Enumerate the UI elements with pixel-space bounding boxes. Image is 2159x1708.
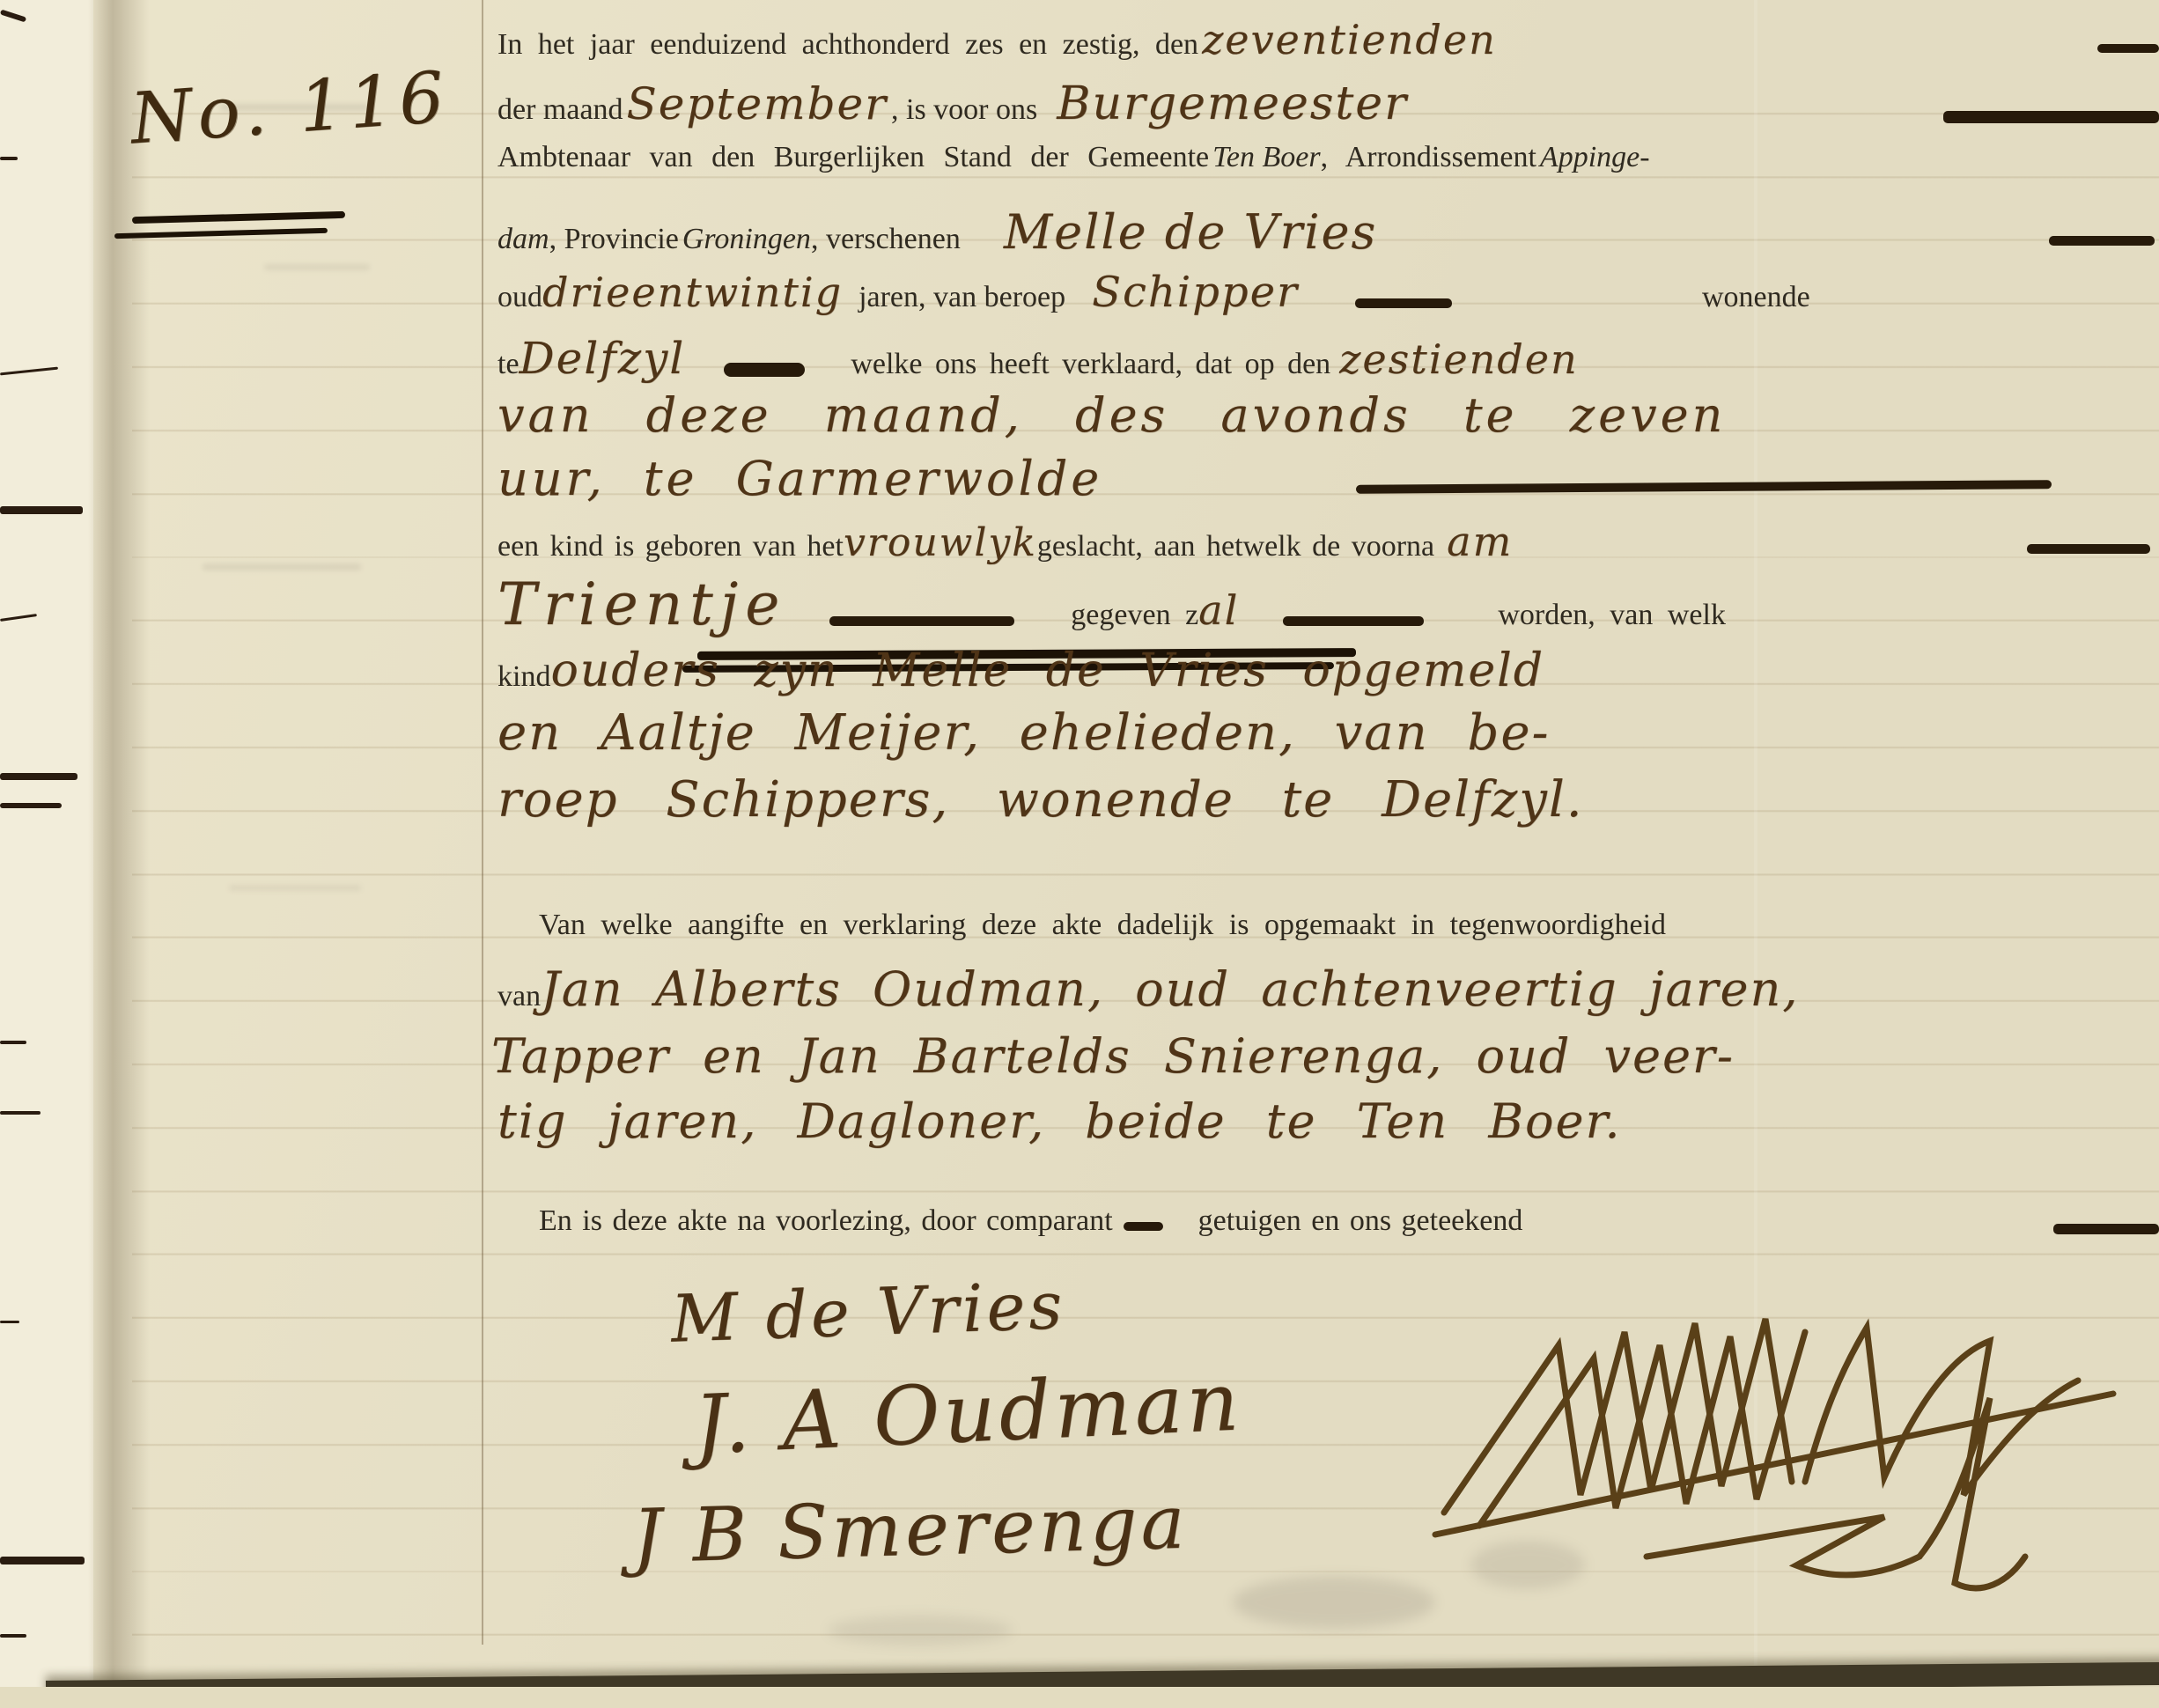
act-line: van deze maand, des avonds te zeven (497, 387, 2159, 443)
act-line: Tapper en Jan Bartelds Snierenga, oud ve… (491, 1028, 2153, 1084)
printed-text: welke ons heeft verklaard, dat op den (851, 348, 1330, 380)
handwritten-entry: Burgemeester (1057, 77, 1408, 130)
bleed-through-mark (203, 563, 361, 571)
act-line: Van welke aangifte en verklaring deze ak… (539, 909, 2159, 942)
printed-text: geslacht, aan hetwelk de voorna (1037, 530, 1434, 563)
printed-text-italic: Appinge- (1540, 141, 1650, 173)
birth-record-scan: No. 116 In het jaar eenduizend achthonde… (0, 0, 2159, 1708)
act-line: Trientje gegeven zal worden, van welk (497, 571, 2159, 638)
act-line: dam, Provincie Groningen, verschenen Mel… (497, 204, 2159, 260)
bleed-through-mark (264, 264, 370, 270)
handwritten-entry: Melle de Vries (1004, 204, 1377, 260)
facing-page-ink-mark (0, 157, 18, 160)
filled-blank-dash (724, 363, 805, 377)
printed-text: Ambtenaar van den Burgerlijken Stand der… (497, 141, 1209, 173)
handwritten-entry: vrouwlyk (844, 520, 1037, 565)
act-line: ouddrieentwintig jaren, van beroep Schip… (497, 268, 2159, 317)
printed-text: In het jaar eenduizend achthonderd zes e… (497, 28, 1198, 61)
act-line: Ambtenaar van den Burgerlijken Stand der… (497, 141, 2159, 174)
handwritten-line: roep Schippers, wonende te Delfzyl. (497, 771, 1584, 828)
handwritten-line: tig jaren, Dagloner, beide te Ten Boer. (497, 1093, 1622, 1149)
printed-text: een kind is geboren van het (497, 530, 844, 563)
filled-blank-dash (1124, 1222, 1163, 1231)
printed-text: worden, van welk (1498, 599, 1726, 631)
handwritten-line: van deze maand, des avonds te zeven (497, 387, 1726, 443)
previous-page-edge (0, 0, 93, 1708)
facing-page-ink-mark (0, 1557, 85, 1564)
printed-text: getuigen en ons geteekend (1198, 1204, 1523, 1237)
act-line: tig jaren, Dagloner, beide te Ten Boer. (497, 1093, 2159, 1149)
act-line: een kind is geboren van hetvrouwlykgesla… (497, 518, 2159, 565)
handwritten-entry: zestienden (1339, 335, 1578, 383)
filled-blank-dash (2053, 1224, 2159, 1234)
filled-blank-dash (1355, 298, 1452, 308)
printed-text: wonende (1702, 281, 1810, 313)
facing-page-ink-mark (0, 1321, 19, 1323)
margin-rule-line (482, 0, 483, 1645)
filled-blank-dash (2097, 44, 2159, 53)
act-line: der maand September , is voor ons Burgem… (497, 77, 2159, 130)
printed-text: , Arrondissement (1321, 141, 1536, 173)
facing-page-ink-mark (0, 1041, 26, 1044)
printed-text: , Provincie (549, 223, 679, 255)
act-line: roep Schippers, wonende te Delfzyl. (497, 771, 2159, 828)
printed-text: oud (497, 281, 542, 313)
printed-text: te (497, 348, 519, 380)
filled-blank-dash (1283, 616, 1424, 626)
printed-text: der maand (497, 93, 623, 126)
act-line: In het jaar eenduizend achthonderd zes e… (497, 16, 2159, 63)
printed-text: Van welke aangifte en verklaring deze ak… (539, 909, 1666, 941)
facing-page-ink-mark (0, 1634, 26, 1638)
act-line: kindouders zyn Melle de Vries opgemeld (497, 644, 2159, 697)
facing-page-ink-mark (0, 1111, 41, 1115)
facing-page-ink-mark (0, 506, 83, 514)
filled-blank-dash (829, 616, 1014, 626)
act-line: uur, te Garmerwolde (497, 451, 2159, 506)
ink-smudge (828, 1616, 1013, 1645)
bleed-through-mark (229, 885, 361, 891)
scan-surface-below-page (0, 1687, 2159, 1708)
handwritten-entry: am (1447, 518, 1513, 565)
printed-text-italic: Ten Boer (1212, 141, 1320, 173)
handwritten-entry: September (627, 78, 888, 129)
printed-text: , is voor ons (891, 93, 1037, 126)
ink-smudge (1470, 1541, 1585, 1589)
signature-witness-2: J B Smerenga (631, 1479, 1190, 1579)
ink-smudge (1233, 1576, 1435, 1629)
act-line: En is deze akte na voorlezing, door comp… (539, 1204, 2159, 1238)
handwritten-line: Jan Alberts Oudman, oud achtenveertig ja… (541, 961, 1799, 1017)
binding-gutter-shadow (88, 0, 150, 1708)
facing-page-ink-mark (0, 803, 62, 808)
handwritten-entry: zeventienden (1202, 16, 1497, 63)
handwritten-line: ouders zyn Melle de Vries opgemeld (550, 644, 1544, 697)
handwritten-entry: Schipper (1092, 268, 1299, 317)
printed-text-italic: Groningen (682, 223, 811, 255)
handwritten-entry: Delfzyl (519, 333, 686, 384)
handwritten-entry-child-name: Trientje (497, 571, 786, 638)
act-line: vanJan Alberts Oudman, oud achtenveertig… (497, 961, 2159, 1017)
printed-text: gegeven z (1071, 599, 1198, 631)
filled-blank-dash (1943, 111, 2159, 123)
printed-text: kind (497, 660, 550, 693)
handwritten-line: uur, te Garmerwolde (497, 451, 1102, 506)
printed-text: van (497, 980, 541, 1012)
act-line: en Aaltje Meijer, ehelieden, van be- (497, 704, 2159, 762)
handwritten-line: en Aaltje Meijer, ehelieden, van be- (497, 704, 1550, 762)
printed-text: jaren, van beroep (858, 281, 1065, 313)
handwritten-entry: al (1198, 586, 1239, 634)
signature-comparant: M de Vries (670, 1268, 1067, 1358)
act-line: teDelfzyl welke ons heeft verklaard, dat… (497, 333, 2159, 384)
facing-page-ink-mark (0, 773, 77, 780)
filled-blank-line (1356, 480, 2052, 494)
printed-text-italic: dam (497, 223, 549, 255)
printed-text: En is deze akte na voorlezing, door comp… (539, 1204, 1113, 1237)
handwritten-entry: drieentwintig (542, 269, 843, 316)
handwritten-line: Tapper en Jan Bartelds Snierenga, oud ve… (491, 1028, 1735, 1084)
filled-blank-dash (2049, 236, 2155, 246)
printed-text: , verschenen (811, 223, 961, 255)
filled-blank-dash (2027, 544, 2150, 554)
